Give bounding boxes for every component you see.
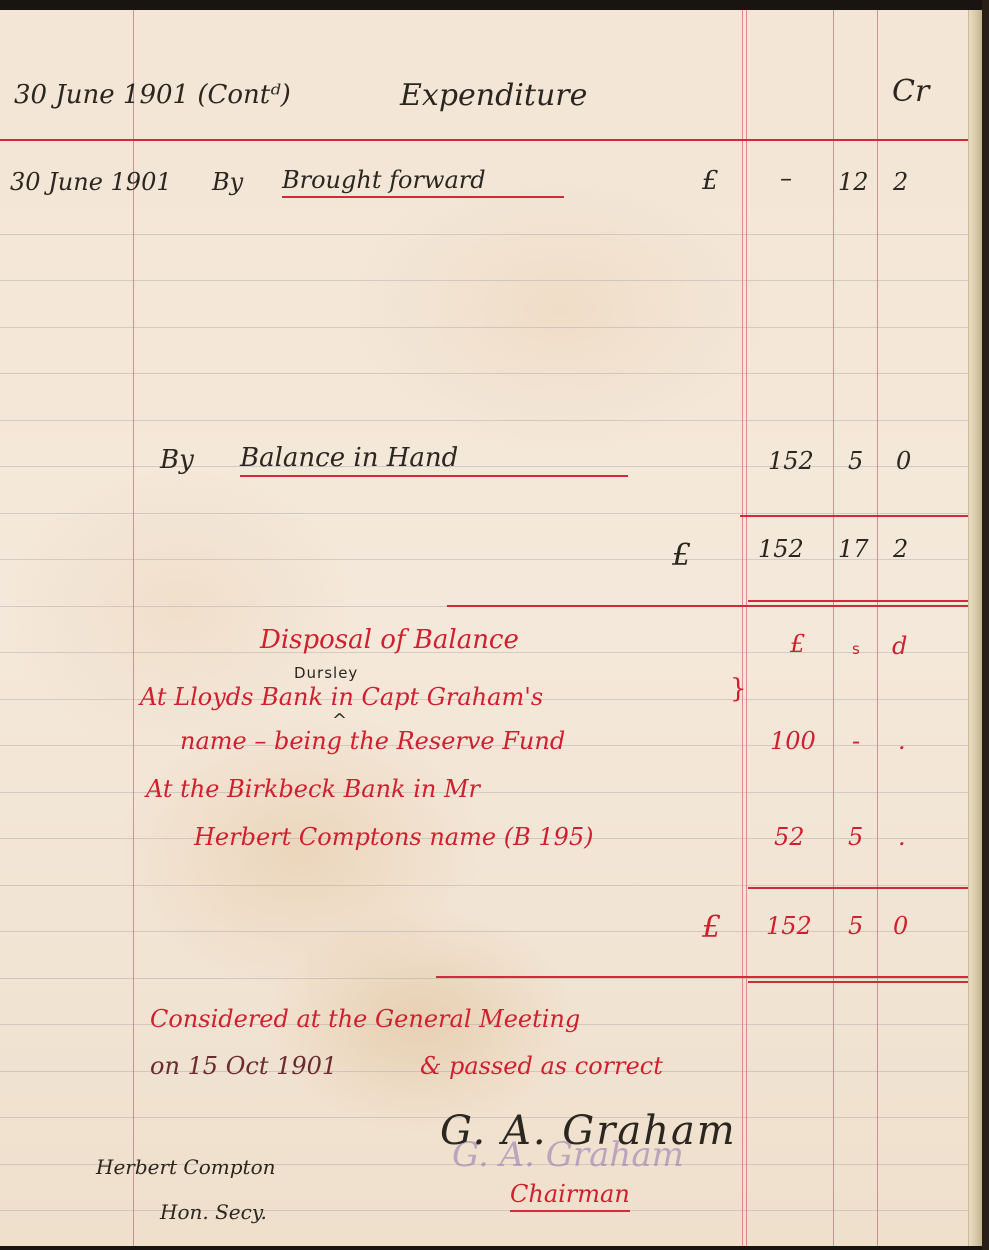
entry-description: Brought forward <box>282 166 564 198</box>
ruled-line <box>0 373 968 374</box>
total-pounds: 152 <box>758 535 804 563</box>
pence-column-line <box>877 10 878 1246</box>
subtotal-rule <box>740 515 968 517</box>
ruled-line <box>0 420 968 421</box>
entry-description: Balance in Hand <box>240 443 628 477</box>
disposal-item-line2: Herbert Comptons name (B 195) <box>194 823 594 851</box>
ruled-line <box>0 1210 968 1211</box>
entry-pence: 0 <box>896 447 911 475</box>
secretary-signature: Herbert Compton <box>96 1155 276 1179</box>
entry-pounds: 152 <box>768 447 814 475</box>
book-binding <box>982 0 989 1250</box>
disposal-total-currency: £ <box>702 910 721 945</box>
disposal-item-pounds: 100 <box>770 727 816 755</box>
disposal-header-pounds: £ <box>790 630 805 658</box>
insertion-note: Dursley <box>294 664 358 682</box>
chairman-signature: G. A. Graham <box>440 1108 737 1154</box>
disposal-item-shillings: - <box>852 727 860 755</box>
disposal-item-pence: . <box>898 823 906 851</box>
disposal-subtotal-rule <box>748 887 968 889</box>
disposal-total-shillings: 5 <box>848 912 863 940</box>
total-pence: 2 <box>893 535 908 563</box>
approval-date: on 15 Oct 1901 <box>150 1052 337 1080</box>
entry-currency: £ <box>702 166 719 196</box>
pounds-column-line <box>742 10 743 1246</box>
total-shillings: 17 <box>838 535 869 563</box>
entry-prefix: By <box>212 168 243 196</box>
disposal-item-pence: . <box>898 727 906 755</box>
disposal-item-line1: At the Birkbeck Bank in Mr <box>146 775 480 803</box>
ruled-line <box>0 513 968 514</box>
entry-shillings: 12 <box>838 168 869 196</box>
secretary-title: Hon. Secy. <box>160 1200 267 1224</box>
page-edge <box>968 10 983 1246</box>
header-title: Expenditure <box>400 78 587 113</box>
total-double-rule <box>748 600 968 602</box>
ruled-line <box>0 978 968 979</box>
entry-shillings: 5 <box>848 447 863 475</box>
disposal-item-line2: name – being the Reserve Fund <box>180 727 565 755</box>
entry-prefix: By <box>160 445 194 475</box>
shillings-column-line <box>833 10 834 1246</box>
disposal-item-line1: At Lloyds Bank in Capt Graham's <box>140 683 543 711</box>
ruled-line <box>0 559 968 560</box>
ruled-line <box>0 280 968 281</box>
total-currency: £ <box>672 538 691 573</box>
entry-date: 30 June 1901 <box>10 168 172 196</box>
disposal-header-shillings: s <box>852 640 861 658</box>
ruled-line <box>0 234 968 235</box>
total-rule <box>447 605 968 607</box>
header-date: 30 June 1901 (Contᵈ) <box>14 80 291 110</box>
disposal-header-pence: d <box>892 632 907 660</box>
disposal-item-shillings: 5 <box>848 823 863 851</box>
ruled-line <box>0 931 968 932</box>
approval-line2: & passed as correct <box>420 1052 663 1080</box>
pounds-column-line-double <box>746 10 747 1246</box>
disposal-total-pounds: 152 <box>766 912 812 940</box>
ruled-line <box>0 327 968 328</box>
disposal-item-pounds: 52 <box>774 823 805 851</box>
disposal-title: Disposal of Balance <box>260 625 519 655</box>
disposal-total-rule <box>436 976 968 978</box>
header-credit-side: Cr <box>892 74 929 109</box>
chairman-title: Chairman <box>510 1180 630 1212</box>
ruled-line <box>0 885 968 886</box>
entry-pence: 2 <box>893 168 908 196</box>
header-divider <box>0 139 968 141</box>
entry-pounds: – <box>780 164 792 192</box>
disposal-total-pence: 0 <box>893 912 908 940</box>
brace-icon: } <box>730 674 747 704</box>
disposal-total-double-rule <box>748 981 968 983</box>
approval-line1: Considered at the General Meeting <box>150 1005 580 1033</box>
